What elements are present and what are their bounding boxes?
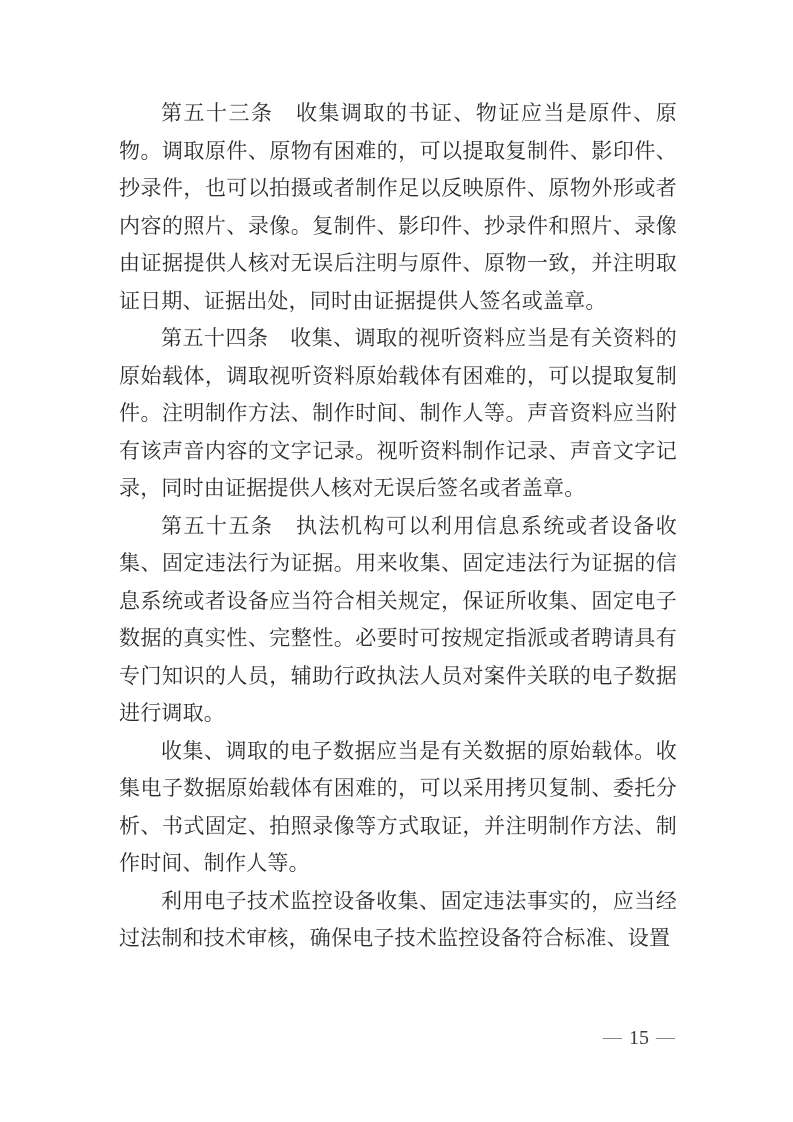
document-body: 第五十三条 收集调取的书证、物证应当是原件、原物。调取原件、原物有困难的，可以提…	[119, 95, 677, 958]
paragraph-article-55-clause-2: 收集、调取的电子数据应当是有关数据的原始载体。收集电子数据原始载体有困难的，可以…	[119, 733, 677, 883]
footer-left-dash: —	[603, 1026, 622, 1050]
document-page: 第五十三条 收集调取的书证、物证应当是原件、原物。调取原件、原物有困难的，可以提…	[0, 0, 793, 1122]
paragraph-article-54: 第五十四条 收集、调取的视听资料应当是有关资料的原始载体，调取视听资料原始载体有…	[119, 320, 677, 508]
page-footer: — 15 —	[603, 1026, 675, 1050]
paragraph-article-55: 第五十五条 执法机构可以利用信息系统或者设备收集、固定违法行为证据。用来收集、固…	[119, 508, 677, 733]
paragraph-article-53: 第五十三条 收集调取的书证、物证应当是原件、原物。调取原件、原物有困难的，可以提…	[119, 95, 677, 320]
footer-right-dash: —	[656, 1026, 675, 1050]
paragraph-article-55-clause-3: 利用电子技术监控设备收集、固定违法事实的，应当经过法制和技术审核，确保电子技术监…	[119, 883, 677, 958]
page-number: 15	[629, 1026, 649, 1050]
